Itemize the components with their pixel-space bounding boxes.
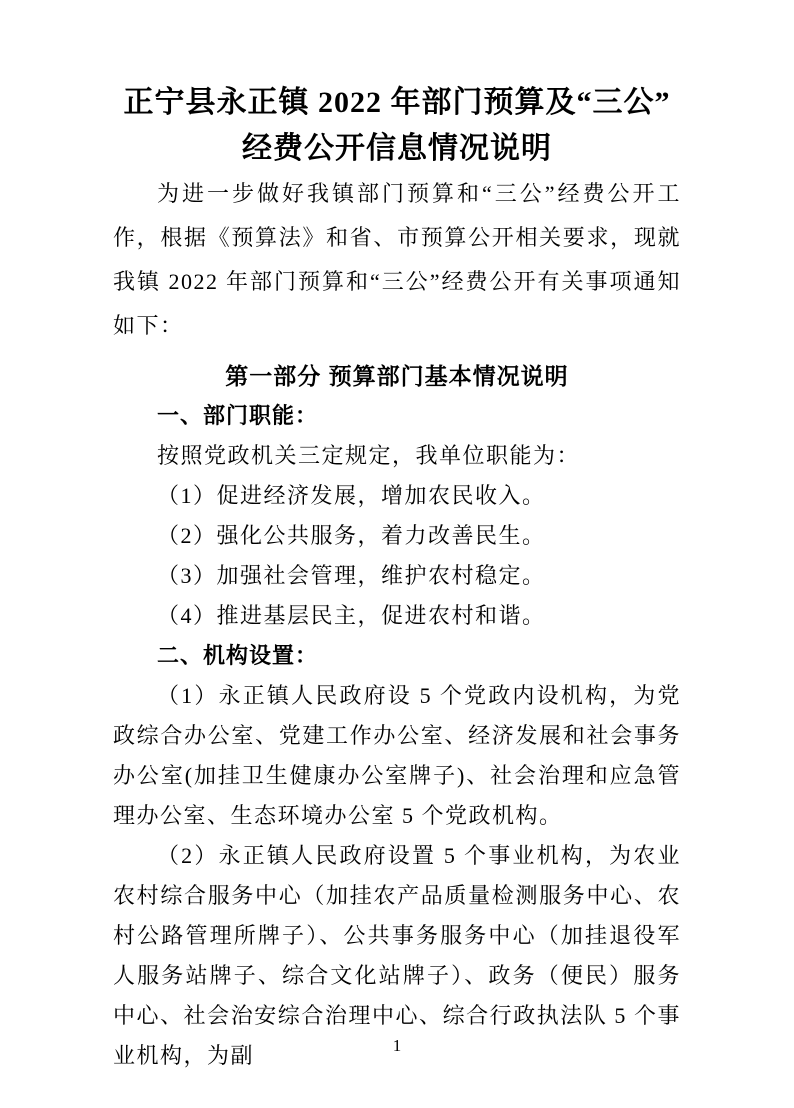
part1-heading: 第一部分 预算部门基本情况说明	[113, 356, 681, 396]
section2-heading: 二、机构设置：	[113, 636, 681, 676]
document-title: 正宁县永正镇 2022 年部门预算及“三公” 经费公开信息情况说明	[113, 80, 681, 172]
function-item-3: （3）加强社会管理，维护农村稳定。	[113, 556, 681, 596]
document-page: 正宁县永正镇 2022 年部门预算及“三公” 经费公开信息情况说明 为进一步做好…	[0, 0, 794, 1108]
page-number: 1	[0, 1036, 794, 1056]
document-title-line1: 正宁县永正镇 2022 年部门预算及“三公”	[113, 80, 681, 126]
function-item-1: （1）促进经济发展，增加农民收入。	[113, 476, 681, 516]
intro-paragraph: 为进一步做好我镇部门预算和“三公”经费公开工作，根据《预算法》和省、市预算公开相…	[113, 172, 681, 348]
section1-lead: 按照党政机关三定规定，我单位职能为：	[113, 436, 681, 476]
document-title-line2: 经费公开信息情况说明	[113, 126, 681, 172]
org-paragraph-1: （1）永正镇人民政府设 5 个党政内设机构，为党政综合办公室、党建工作办公室、经…	[113, 676, 681, 836]
function-item-2: （2）强化公共服务，着力改善民生。	[113, 516, 681, 556]
function-item-4: （4）推进基层民主，促进农村和谐。	[113, 596, 681, 636]
section1-heading: 一、部门职能：	[113, 396, 681, 436]
